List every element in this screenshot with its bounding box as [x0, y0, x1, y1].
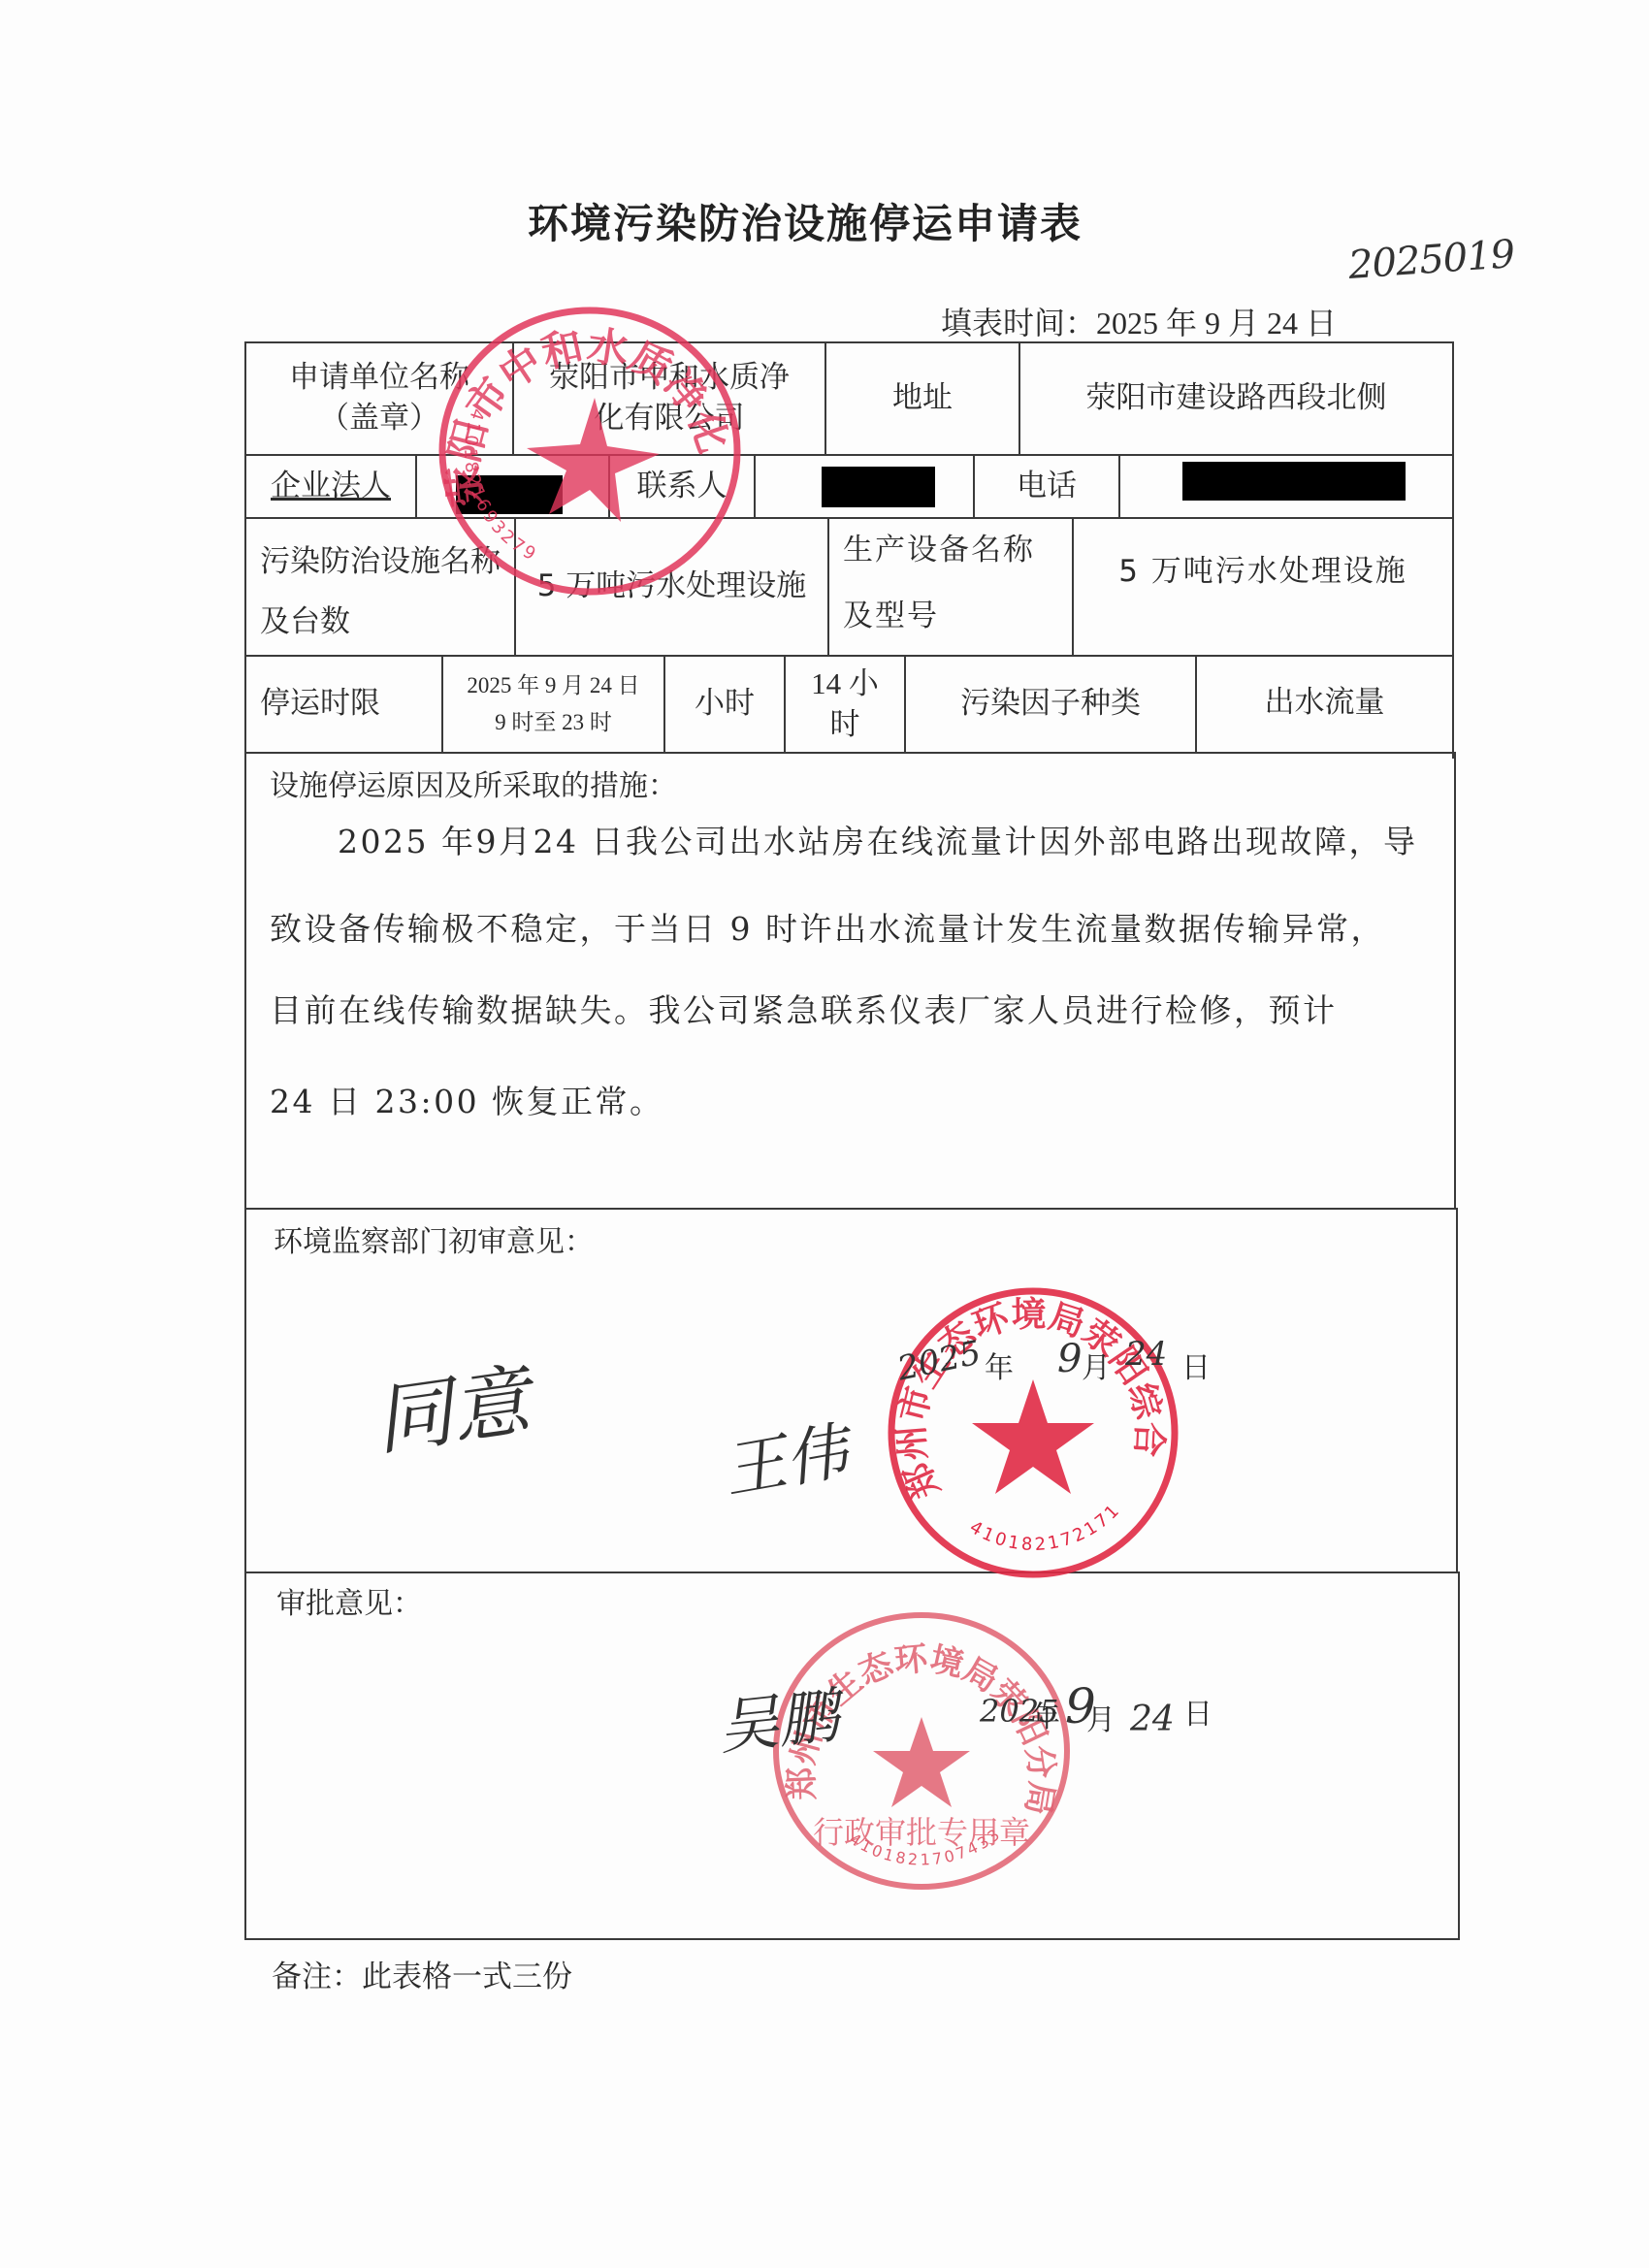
contact-label: 联系人 [610, 456, 754, 517]
period-value-line2: 9 时至 23 时 [467, 704, 639, 741]
contact-value-redacted [822, 467, 935, 507]
footer-note: 备注：此表格一式三份 [272, 1952, 572, 1995]
applicant-name-line2: 化有限公司 [549, 399, 790, 439]
supervision-label: 环境监察部门初审意见： [274, 1217, 594, 1260]
phone-value-redacted [1182, 462, 1406, 501]
svg-text:4101821721716: 4101821721716 [883, 1282, 1125, 1555]
approval-date-month-label: 月 [1086, 1696, 1115, 1738]
approval-label: 审批意见： [276, 1579, 422, 1622]
legal-person-value-redacted [456, 475, 563, 514]
period-value: 2025 年 9 月 24 日9 时至 23 时 [443, 657, 663, 752]
phone-label: 电话 [975, 456, 1118, 517]
facility-label-line2: 及台数 [260, 602, 501, 643]
reason-line-2: 致设备传输极不稳定，于当日 9 时许出水流量计发生流量数据传输异常， [270, 904, 1385, 950]
facility-label: 污染防治设施名称 及台数 [246, 519, 514, 655]
supervision-opinion-handwritten: 同意 [367, 1338, 535, 1470]
reason-line-1: 2025 年9月24 日我公司出水站房在线流量计因外部电路出现故障，导 [338, 817, 1417, 862]
supervision-date-day-hand: 24 [1125, 1335, 1167, 1374]
supervision-date-day-label: 日 [1181, 1344, 1211, 1386]
reason-label: 设施停运原因及所采取的措施： [270, 761, 677, 804]
applicant-label-line1: 申请单位名称 [289, 358, 469, 399]
legal-person-label: 企业法人 [246, 456, 415, 517]
approval-date-day-hand: 24 [1130, 1700, 1175, 1739]
supervision-date-year-label: 年 [985, 1344, 1014, 1386]
period-label: 停运时限 [246, 657, 441, 752]
equipment-label: 生产设备名称 及型号 [829, 519, 1072, 655]
hours-value: 14 小时 [786, 657, 904, 752]
pollutant-value: 出水流量 [1197, 657, 1452, 749]
hours-value-line1: 14 小 [811, 664, 879, 704]
period-value-line1: 2025 年 9 月 24 日 [467, 667, 639, 704]
equipment-label-line2: 及型号 [843, 597, 1035, 637]
hours-label: 小时 [665, 657, 784, 752]
reason-line-3: 目前在线传输数据缺失。我公司紧急联系仪表厂家人员进行检修，预计 [270, 986, 1338, 1031]
approval-signature: 吴鹏 [714, 1668, 843, 1766]
fill-date: 填表时间：2025 年 9 月 24 日 [941, 299, 1337, 343]
inspection-seal-code: 4101821721716 [883, 1282, 1125, 1555]
facility-label-line1: 污染防治设施名称 [260, 542, 501, 583]
equipment-value: 5 万吨污水处理设施 [1074, 519, 1452, 626]
inspection-seal: 郑州市生态环境局荥阳综合行政执法大队 4101821721716 [883, 1282, 1183, 1583]
approval-date-day-label: 日 [1183, 1690, 1212, 1733]
supervision-signature: 王伟 [716, 1402, 854, 1511]
applicant-label: 申请单位名称（盖章） [246, 343, 512, 454]
svg-text:郑州市生态环境局荥阳综合行政执法大队: 郑州市生态环境局荥阳综合行政执法大队 [883, 1282, 1169, 1505]
applicant-label-line2: （盖章） [289, 399, 469, 439]
approval-seal-code: 4101821707433 [846, 1824, 1005, 1869]
supervision-date-month-hand: 9 [1057, 1337, 1082, 1381]
hours-value-line2: 时 [811, 704, 879, 745]
approval-seal-bottom-text: 行政审批专用章 [813, 1814, 1030, 1851]
pollutant-label: 污染因子种类 [906, 657, 1195, 752]
applicant-name-line1: 荥阳市中和水质净 [549, 358, 790, 399]
address-value: 荥阳市建设路西段北侧 [1020, 343, 1452, 454]
equipment-label-line1: 生产设备名称 [843, 531, 1035, 571]
svg-text:4101821707433: 4101821707433 [846, 1824, 1005, 1869]
facility-value: 5 万吨污水处理设施 [516, 519, 827, 655]
inspection-seal-text: 郑州市生态环境局荥阳综合行政执法大队 [883, 1282, 1169, 1505]
supervision-date-month-label: 月 [1082, 1344, 1111, 1386]
reason-line-4: 24 日 23:00 恢复正常。 [270, 1077, 664, 1122]
approval-date-year-label: 年 [1031, 1693, 1060, 1735]
applicant-name: 荥阳市中和水质净化有限公司 [514, 343, 824, 454]
address-label: 地址 [826, 343, 1018, 454]
supervision-date-year-hand: 2025 [894, 1333, 985, 1388]
